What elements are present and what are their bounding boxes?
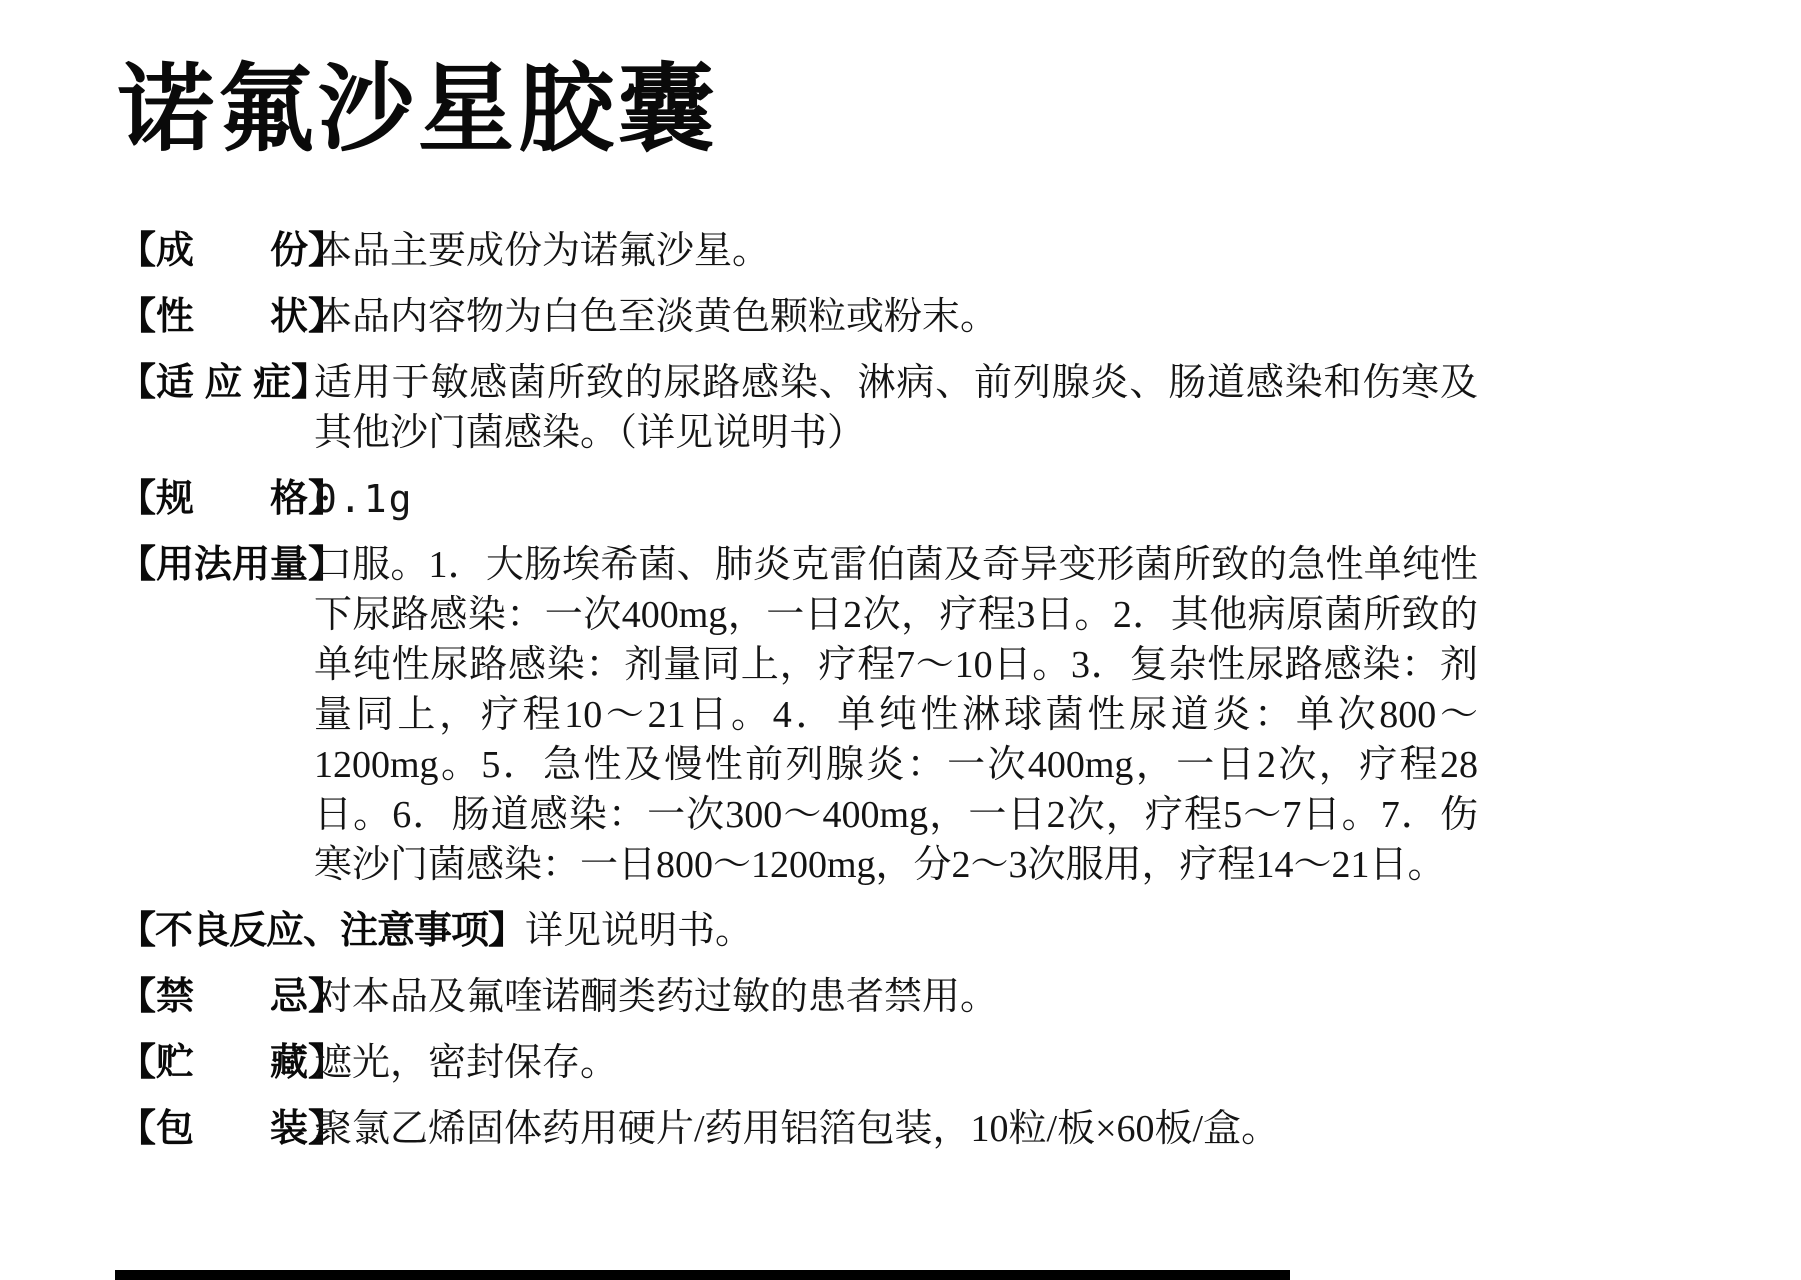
section-contraindications-label: 【禁 忌】: [118, 972, 314, 1022]
section-specification-label: 【规 格】: [118, 474, 314, 524]
drug-title: 诺氟沙星胶囊: [118, 50, 1801, 168]
scan-edge-artifact: [115, 1270, 1290, 1280]
section-packaging-label: 【包 装】: [118, 1104, 314, 1154]
section-ingredients: 【成 份】 本品主要成份为诺氟沙星。: [118, 226, 1478, 276]
section-adverse-reactions: 【不良反应、注意事项】详见说明书。: [118, 906, 1478, 956]
section-contraindications-text: 对本品及氟喹诺酮类药过敏的患者禁用。: [314, 972, 1478, 1022]
section-indications: 【适 应 症】 适用于敏感菌所致的尿路感染、淋病、前列腺炎、肠道感染和伤寒及其他…: [118, 358, 1478, 458]
section-dosage-label: 【用法用量】: [118, 540, 314, 590]
section-indications-text: 适用于敏感菌所致的尿路感染、淋病、前列腺炎、肠道感染和伤寒及其他沙门菌感染。（详…: [314, 358, 1478, 458]
section-adverse-reactions-label: 【不良反应、注意事项】: [118, 910, 525, 952]
section-dosage: 【用法用量】 口服。1．大肠埃希菌、肺炎克雷伯菌及奇异变形菌所致的急性单纯性下尿…: [118, 540, 1478, 890]
section-properties-text: 本品内容物为白色至淡黄色颗粒或粉末。: [314, 292, 1478, 342]
section-packaging-text: 聚氯乙烯固体药用硬片/药用铝箔包装，10粒/板×60板/盒。: [314, 1104, 1478, 1154]
section-storage-text: 遮光，密封保存。: [314, 1038, 1478, 1088]
section-specification-text: 0.1g: [314, 474, 1478, 524]
section-packaging: 【包 装】 聚氯乙烯固体药用硬片/药用铝箔包装，10粒/板×60板/盒。: [118, 1104, 1478, 1154]
section-properties-label: 【性 状】: [118, 292, 314, 342]
drug-label-page: 诺氟沙星胶囊 【成 份】 本品主要成份为诺氟沙星。 【性 状】 本品内容物为白色…: [0, 0, 1801, 1280]
section-properties: 【性 状】 本品内容物为白色至淡黄色颗粒或粉末。: [118, 292, 1478, 342]
drug-info-sections: 【成 份】 本品主要成份为诺氟沙星。 【性 状】 本品内容物为白色至淡黄色颗粒或…: [118, 226, 1478, 1154]
section-dosage-text: 口服。1．大肠埃希菌、肺炎克雷伯菌及奇异变形菌所致的急性单纯性下尿路感染：一次4…: [314, 540, 1478, 890]
section-ingredients-label: 【成 份】: [118, 226, 314, 276]
section-indications-label: 【适 应 症】: [118, 358, 314, 408]
section-ingredients-text: 本品主要成份为诺氟沙星。: [314, 226, 1478, 276]
section-contraindications: 【禁 忌】 对本品及氟喹诺酮类药过敏的患者禁用。: [118, 972, 1478, 1022]
section-adverse-reactions-text: 详见说明书。: [525, 910, 753, 952]
section-specification: 【规 格】 0.1g: [118, 474, 1478, 524]
section-storage: 【贮 藏】 遮光，密封保存。: [118, 1038, 1478, 1088]
section-storage-label: 【贮 藏】: [118, 1038, 314, 1088]
